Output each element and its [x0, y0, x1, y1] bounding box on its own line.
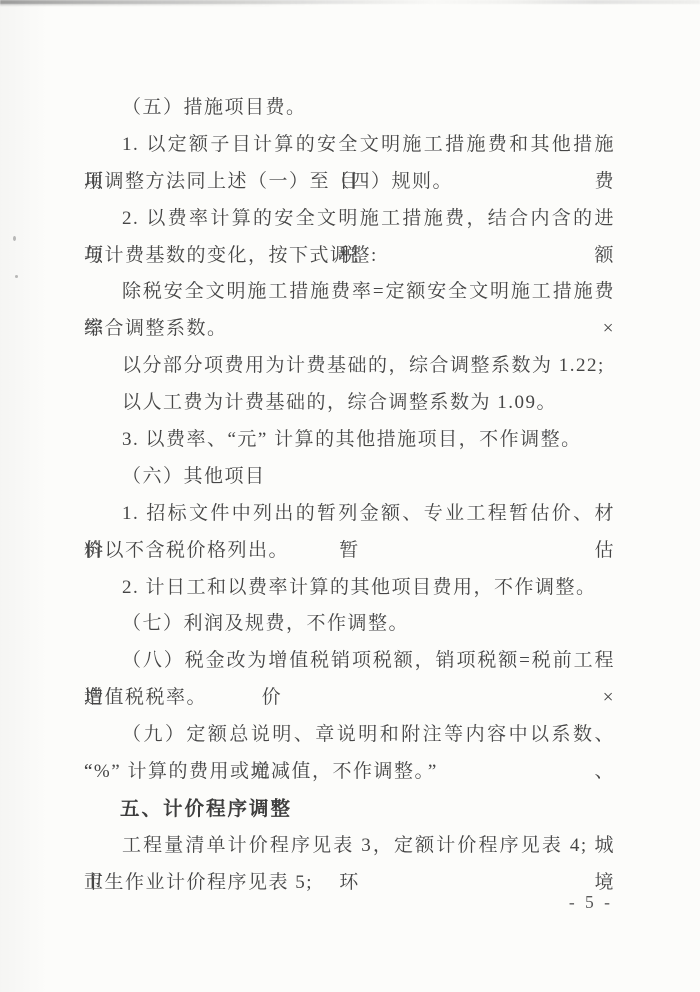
document-line: 3. 以费率、“元” 计算的其他措施项目，不作调整。 [84, 422, 615, 459]
scan-left-shading [0, 0, 48, 992]
scanned-document-page: （五）措施项目费。 1. 以定额子目计算的安全文明施工措施费和其他措施项目费 用… [0, 0, 700, 992]
document-line: 1. 以定额子目计算的安全文明施工措施费和其他措施项目费 [84, 127, 615, 164]
ink-speck [15, 275, 18, 278]
document-body: （五）措施项目费。 1. 以定额子目计算的安全文明施工措施费和其他措施项目费 用… [84, 90, 615, 902]
document-line: 以分部分项费用为计费基础的，综合调整系数为 1.22; [84, 348, 615, 385]
document-line: 工程量清单计价程序见表 3，定额计价程序见表 4; 城市环境 [84, 828, 615, 865]
document-line: 1. 招标文件中列出的暂列金额、专业工程暂估价、材料暂估 [84, 496, 615, 533]
document-line: 2. 计日工和以费率计算的其他项目费用，不作调整。 [84, 570, 615, 607]
document-line: （七）利润及规费，不作调整。 [84, 606, 615, 643]
scan-edge-artifact [0, 0, 700, 4]
document-line: （五）措施项目费。 [84, 90, 615, 127]
document-line: 除税安全文明施工措施费率=定额安全文明施工措施费率 × [84, 274, 615, 311]
page-number: - 5 - [569, 892, 613, 913]
document-line: （八）税金改为增值税销项税额，销项税额=税前工程造价 × [84, 643, 615, 680]
document-line: （六）其他项目 [84, 459, 615, 496]
scan-edge-artifact-secondary [0, 3, 322, 6]
document-line: 2. 以费率计算的安全文明施工措施费，结合内含的进项税额 [84, 201, 615, 238]
document-line: 以人工费为计费基础的，综合调整系数为 1.09。 [84, 385, 615, 422]
ink-speck [13, 236, 16, 241]
section-heading: 五、计价程序调整 [84, 791, 615, 828]
document-line: （九）定额总说明、章说明和附注等内容中以系数、“元”、 [84, 717, 615, 754]
